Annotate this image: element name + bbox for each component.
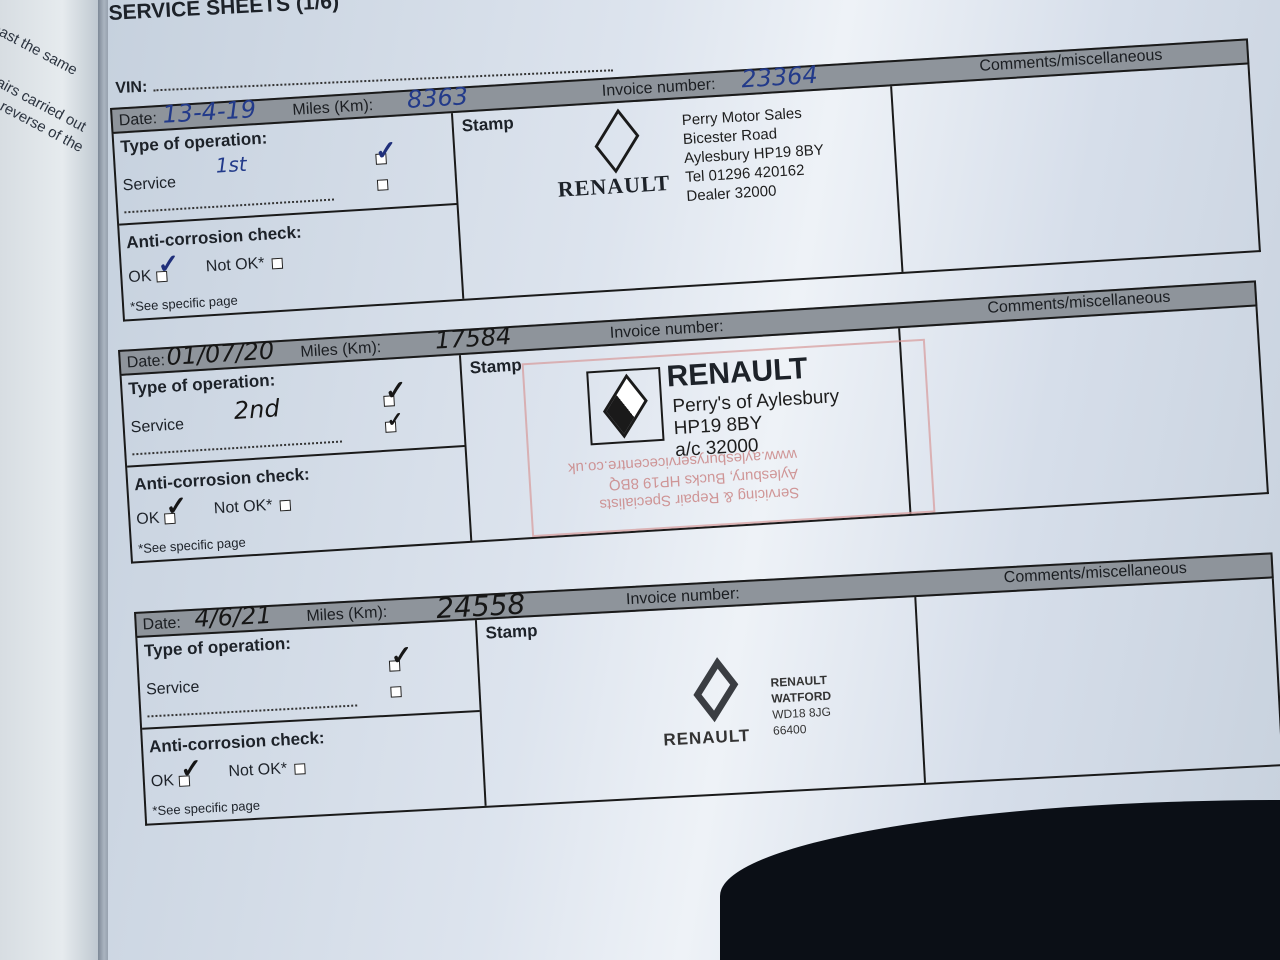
renault-logo-icon <box>698 667 735 718</box>
stamp-text: Perry Motor Sales Bicester Road Aylesbur… <box>681 103 826 206</box>
date-value: 13-4-19 <box>162 95 257 129</box>
stamp-label: Stamp <box>461 113 514 136</box>
operation-column: Type of operation: Service 2nd ✓ ✓ Anti-… <box>122 355 473 561</box>
not-ok-checkbox[interactable] <box>279 500 291 512</box>
dotted-line <box>147 704 357 717</box>
date-label: Date: <box>142 615 181 635</box>
service-label: Service <box>130 416 184 437</box>
service-note: 1st <box>215 152 247 178</box>
vin-label: VIN: <box>115 79 148 97</box>
dotted-line <box>124 198 334 213</box>
stamp-column: Stamp RENAULT Perry Motor Sales Bicester… <box>453 86 904 299</box>
ok-label: OK <box>150 772 174 791</box>
operation-column: Type of operation: Service 1st ✓ Anti-co… <box>114 113 465 319</box>
type-of-operation-block: Type of operation: Service 2nd ✓ ✓ <box>122 355 465 467</box>
check-mark-icon: ✓ <box>386 407 404 433</box>
other-checkbox[interactable] <box>390 686 402 698</box>
type-of-operation-label: Type of operation: <box>144 634 292 662</box>
type-of-operation-block: Type of operation: Service ✓ <box>137 620 479 730</box>
not-ok-label: Not OK* <box>228 760 288 781</box>
miles-label: Miles (Km): <box>292 97 374 120</box>
stamp-column: Stamp RENAULT RENAULT WATFORD WD18 8JG 6… <box>477 597 926 806</box>
not-ok-checkbox[interactable] <box>294 763 306 775</box>
comments-value[interactable] <box>892 64 1263 274</box>
check-mark-icon: ✓ <box>157 248 181 280</box>
operation-column: Type of operation: Service ✓ Anti-corros… <box>137 620 486 824</box>
invoice-value: 23364 <box>741 61 819 94</box>
miles-label: Miles (Km): <box>306 604 388 626</box>
comments-column: Comments/miscellaneous <box>899 280 1271 516</box>
check-mark-icon: ✓ <box>390 640 413 672</box>
renault-logo-icon <box>599 118 636 169</box>
stamp-label: Stamp <box>485 621 538 644</box>
see-page-note: *See specific page <box>138 535 246 557</box>
date-label: Date: <box>118 110 157 130</box>
other-checkbox[interactable] <box>377 179 389 191</box>
miles-label: Miles (Km): <box>300 339 382 362</box>
service-note: 2nd <box>233 394 280 425</box>
type-of-operation-block: Type of operation: Service 1st ✓ <box>114 113 457 225</box>
check-mark-icon: ✓ <box>179 753 202 785</box>
invoice-label: Invoice number: <box>626 585 741 609</box>
comments-column: Comments/miscellaneous <box>891 38 1263 274</box>
anti-corrosion-label: Anti-corrosion check: <box>134 465 311 496</box>
check-mark-icon: ✓ <box>374 135 398 167</box>
check-mark-icon: ✓ <box>165 490 189 522</box>
ok-label: OK <box>136 510 160 529</box>
not-ok-label: Not OK* <box>205 255 265 277</box>
renault-logo-icon <box>586 367 664 445</box>
date-label: Date: <box>126 352 165 372</box>
miles-value: 8363 <box>406 82 469 114</box>
miles-value: 17584 <box>434 322 512 355</box>
service-label: Service <box>122 174 176 195</box>
stamp-text: Perry's of Aylesbury HP19 8BY a/c 32000 <box>672 386 843 462</box>
stamp-label: Stamp <box>469 355 522 378</box>
comments-value[interactable] <box>900 306 1271 516</box>
facing-page-text: least the same <box>0 18 80 79</box>
not-ok-checkbox[interactable] <box>271 258 283 270</box>
see-page-note: *See specific page <box>130 293 238 315</box>
date-value: 4/6/21 <box>194 601 273 633</box>
anti-corrosion-label: Anti-corrosion check: <box>149 728 326 757</box>
ok-label: OK <box>128 268 152 287</box>
stamp-brand: RENAULT <box>663 726 751 751</box>
stamp-text: RENAULT WATFORD WD18 8JG 66400 <box>770 672 833 739</box>
stamp-column: Stamp Servicing & Repair Specialists Ayl… <box>461 328 912 541</box>
not-ok-label: Not OK* <box>213 497 273 519</box>
comments-value[interactable] <box>916 578 1280 785</box>
service-label: Service <box>146 679 200 700</box>
check-mark-icon: ✓ <box>384 374 408 406</box>
facing-page: least the same pairs carried out e rever… <box>0 0 104 960</box>
comments-column: Comments/miscellaneous <box>915 552 1280 785</box>
stamp-brand: RENAULT <box>557 170 671 203</box>
dotted-line <box>132 440 342 455</box>
see-page-note: *See specific page <box>152 798 260 819</box>
anti-corrosion-label: Anti-corrosion check: <box>126 223 303 254</box>
date-value: 01/07/20 <box>166 336 275 371</box>
